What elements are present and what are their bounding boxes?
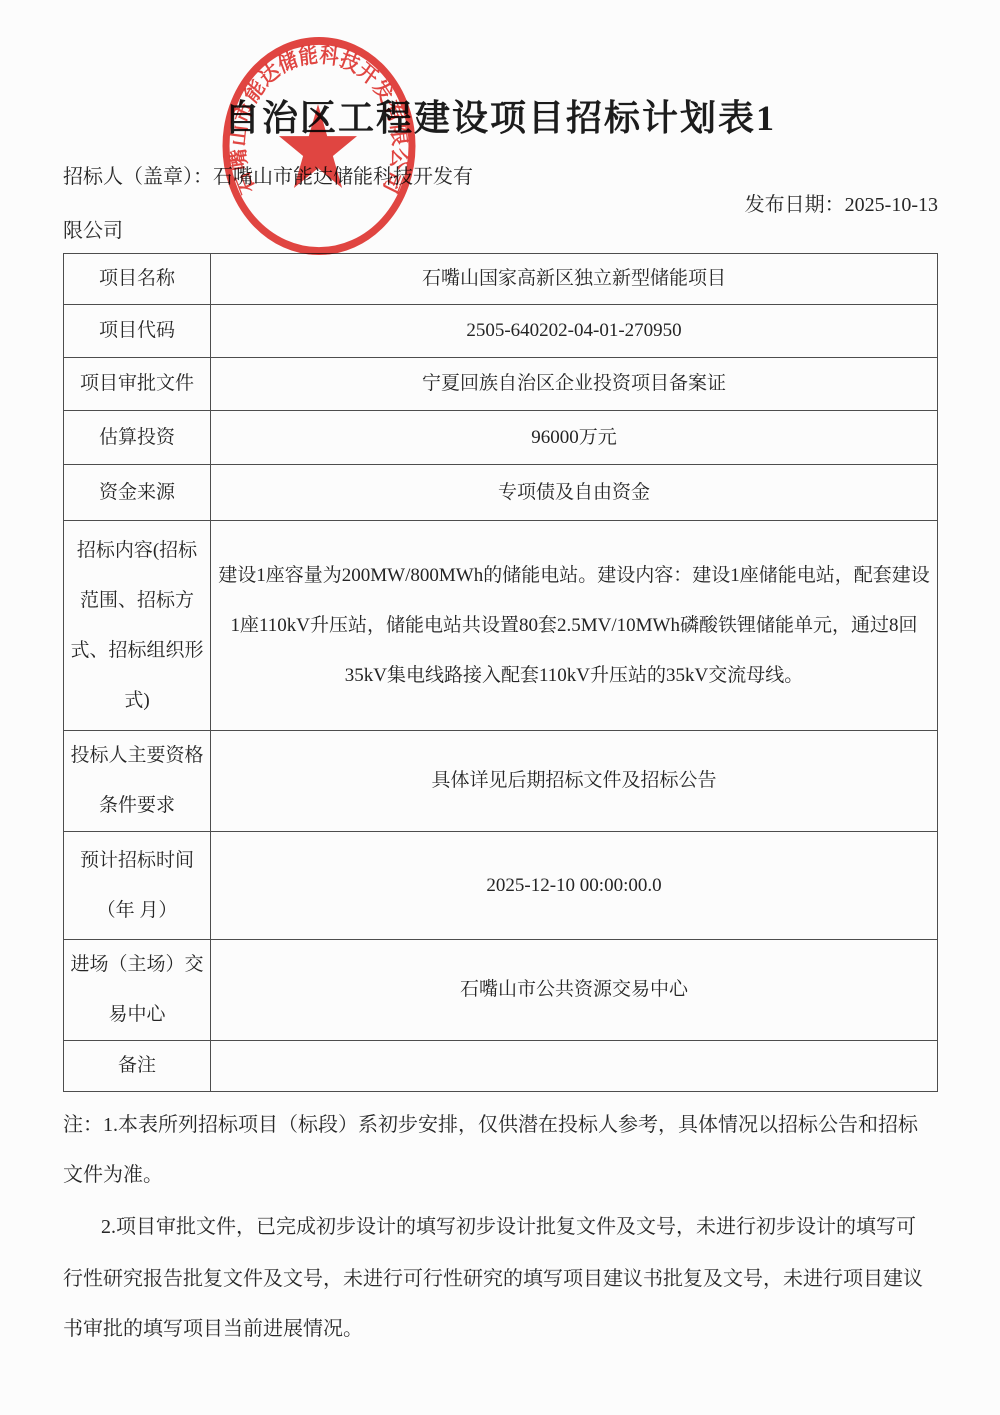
row-value: [211, 1041, 938, 1092]
row-trading-center: 进场（主场）交 易中心 石嘴山市公共资源交易中心: [64, 940, 938, 1041]
row-label: 招标内容(招标 范围、招标方 式、招标组织形 式): [64, 521, 211, 731]
row-project-name: 项目名称 石嘴山国家高新区独立新型储能项目: [64, 254, 938, 305]
row-label: 项目审批文件: [64, 358, 211, 411]
document-page: 自治区工程建设项目招标计划表1 招标人（盖章）：石嘴山市能达储能科技开发有 发布…: [0, 0, 1000, 1415]
row-label: 项目代码: [64, 305, 211, 358]
row-bidding-content: 招标内容(招标 范围、招标方 式、招标组织形 式) 建设1座容量为200MW/8…: [64, 521, 938, 731]
row-label: 进场（主场）交 易中心: [64, 940, 211, 1041]
row-label: 资金来源: [64, 465, 211, 521]
row-value: 专项债及自由资金: [211, 465, 938, 521]
row-remarks: 备注: [64, 1041, 938, 1092]
footnote-line: 书审批的填写项目当前进展情况。: [63, 1312, 363, 1341]
row-label: 估算投资: [64, 411, 211, 465]
page-title: 自治区工程建设项目招标计划表1: [0, 90, 1000, 141]
row-expected-bidding-time: 预计招标时间 （年 月） 2025-12-10 00:00:00.0: [64, 832, 938, 940]
company-seal-stamp-icon: 石嘴山市能达储能科技开发有限公司: [219, 33, 419, 259]
tender-plan-table: 项目名称 石嘴山国家高新区独立新型储能项目 项目代码 2505-640202-0…: [63, 253, 938, 1092]
row-funding-source: 资金来源 专项债及自由资金: [64, 465, 938, 521]
row-value: 96000万元: [211, 411, 938, 465]
footnote-line: 2.项目审批文件，已完成初步设计的填写初步设计批复文件及文号，未进行初步设计的填…: [63, 1210, 916, 1239]
footnote-line: 文件为准。: [63, 1158, 163, 1187]
row-approval-document: 项目审批文件 宁夏回族自治区企业投资项目备案证: [64, 358, 938, 411]
footnote-line: 注：1.本表所列招标项目（标段）系初步安排，仅供潜在投标人参考，具体情况以招标公…: [63, 1108, 918, 1137]
row-label: 投标人主要资格 条件要求: [64, 731, 211, 832]
row-value: 宁夏回族自治区企业投资项目备案证: [211, 358, 938, 411]
bidder-label-line2: 限公司: [63, 214, 123, 243]
row-label: 项目名称: [64, 254, 211, 305]
row-value: 石嘴山市公共资源交易中心: [211, 940, 938, 1041]
footnote-line: 行性研究报告批复文件及文号，未进行可行性研究的填写项目建议书批复及文号，未进行项…: [63, 1262, 923, 1291]
publish-date: 发布日期：2025-10-13: [745, 188, 938, 217]
bidder-label-line1: 招标人（盖章）：石嘴山市能达储能科技开发有: [63, 160, 473, 189]
row-estimated-investment: 估算投资 96000万元: [64, 411, 938, 465]
row-value: 2025-12-10 00:00:00.0: [211, 832, 938, 940]
row-bidder-qualification: 投标人主要资格 条件要求 具体详见后期招标文件及招标公告: [64, 731, 938, 832]
row-label: 预计招标时间 （年 月）: [64, 832, 211, 940]
row-value: 具体详见后期招标文件及招标公告: [211, 731, 938, 832]
row-label: 备注: [64, 1041, 211, 1092]
row-value: 建设1座容量为200MW/800MWh的储能电站。建设内容：建设1座储能电站，配…: [211, 521, 938, 731]
row-value: 石嘴山国家高新区独立新型储能项目: [211, 254, 938, 305]
row-value: 2505-640202-04-01-270950: [211, 305, 938, 358]
row-project-code: 项目代码 2505-640202-04-01-270950: [64, 305, 938, 358]
